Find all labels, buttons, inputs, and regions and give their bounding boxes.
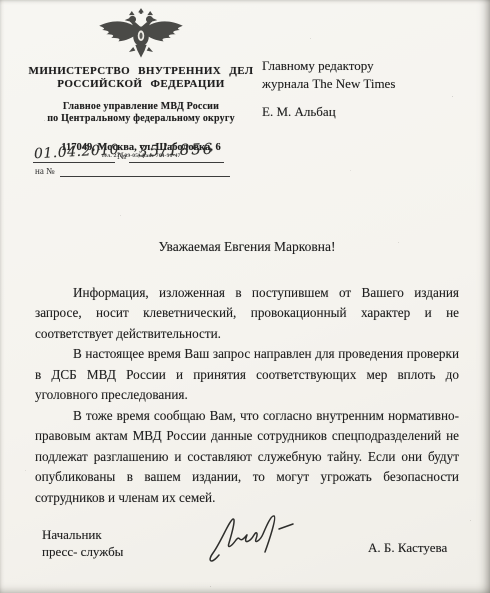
recipient-block: Главному редактору журнала The New Times…: [262, 57, 462, 121]
signer-name: А. Б. Кастуева: [368, 540, 447, 556]
ministry-name-line2: РОССИЙСКОЙ ФЕДЕРАЦИИ: [22, 78, 260, 91]
signer-title-line1: Начальник: [42, 526, 123, 543]
mvd-eagle-emblem-icon: [22, 8, 260, 62]
signer-title-line2: пресс- службы: [42, 543, 123, 560]
scanned-letter-page: МИНИСТЕРСТВО ВНУТРЕННИХ ДЕЛ РОССИЙСКОЙ Ф…: [0, 0, 490, 593]
paragraph-2: В настоящее время Ваш запрос направлен д…: [35, 344, 459, 406]
paragraph-3: В тоже время сообщаю Вам, что согласно в…: [35, 406, 459, 509]
letterhead: МИНИСТЕРСТВО ВНУТРЕННИХ ДЕЛ РОССИЙСКОЙ Ф…: [22, 8, 260, 160]
recipient-name: Е. М. Альбац: [262, 103, 462, 121]
reference-number-label: на №: [35, 166, 55, 176]
department-line2: по Центральному федеральному округу: [22, 113, 260, 125]
department-line1: Главное управление МВД России: [22, 101, 260, 113]
signer-title: Начальник пресс- службы: [42, 526, 123, 560]
recipient-title-line2: журнала The New Times: [262, 75, 462, 93]
letter-body: Уважаемая Евгения Марковна! Информация, …: [35, 237, 459, 508]
date-blank-line: [33, 162, 115, 163]
ministry-name-line1: МИНИСТЕРСТВО ВНУТРЕННИХ ДЕЛ: [22, 65, 260, 78]
number-blank-line: [129, 162, 224, 163]
salutation: Уважаемая Евгения Марковна!: [35, 237, 459, 258]
scan-noise-specks: [0, 0, 1, 1]
reference-blank-line: [60, 176, 230, 177]
handwritten-signature-icon: [205, 505, 315, 572]
handwritten-outgoing-number: 35/1856: [138, 140, 215, 161]
recipient-title-line1: Главному редактору: [262, 57, 462, 75]
paragraph-1: Информация, изложенная в поступившем от …: [35, 283, 459, 345]
